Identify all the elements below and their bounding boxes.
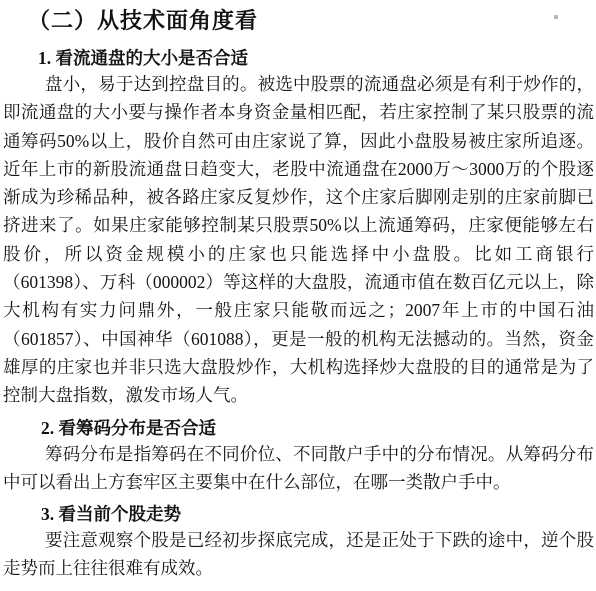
paragraph-float-size: 盘小，易于达到控盘目的。被选中股票的流通盘必须是有利于炒作的，即流通盘的大小要与…: [3, 70, 594, 410]
book-page: （二）从技术面角度看 1. 看流通盘的大小是否合适 盘小，易于达到控盘目的。被选…: [0, 0, 596, 591]
subsection-title-1: 1. 看流通盘的大小是否合适: [38, 46, 596, 70]
scan-artifact-speck: [554, 15, 558, 19]
subsection-title-2: 2. 看筹码分布是否合适: [41, 416, 596, 440]
section-heading: （二）从技术面角度看: [28, 6, 596, 36]
paragraph-current-trend: 要注意观察个股是已经初步探底完成，还是正处于下跌的途中，逆个股走势而上往往很难有…: [3, 526, 594, 583]
subsection-title-3: 3. 看当前个股走势: [41, 502, 596, 526]
paragraph-chip-distribution: 筹码分布是指筹码在不同价位、不同散户手中的分布情况。从筹码分布中可以看出上方套牢…: [3, 440, 594, 497]
